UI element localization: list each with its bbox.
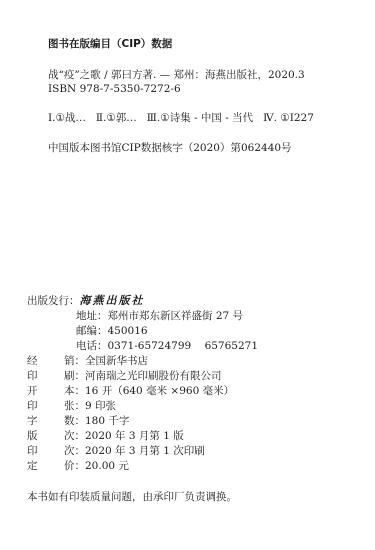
row-label-a: 版 (27, 430, 64, 443)
imprint-row-wordcount: 字数：180 千字 (27, 415, 129, 428)
row-value: 9 印张 (85, 400, 116, 412)
imprint-row-edition: 版次：2020 年 3 月第 1 版 (27, 430, 184, 443)
row-value: 180 千字 (85, 415, 129, 427)
publisher-phone: 电话：0371-65724799 65765271 (76, 340, 258, 353)
row-label-a: 开 (27, 385, 64, 398)
cip-number: 中国版本图书馆CIP数据核字（2020）第062440号 (48, 142, 292, 155)
imprint-row-format: 开本：16 开（640 毫米 ×960 毫米） (27, 385, 234, 398)
row-label-b: 数： (64, 415, 85, 428)
row-label-b: 本： (64, 385, 85, 398)
row-value: 16 开（640 毫米 ×960 毫米） (85, 385, 234, 397)
publisher-postcode: 邮编：450016 (76, 325, 148, 338)
imprint-row-distributor: 经销：全国新华书店 (27, 355, 148, 368)
row-value: 20.00 元 (85, 460, 129, 472)
publisher-address: 地址：郑州市郑东新区祥盛街 27 号 (76, 310, 243, 323)
row-label-a: 印 (27, 445, 64, 458)
row-value: 全国新华书店 (85, 355, 148, 367)
quality-notice: 本书如有印装质量问题，由承印厂负责调换。 (27, 491, 237, 504)
row-label-a: 定 (27, 460, 64, 473)
cip-heading: 图书在版编目（CIP）数据 (48, 38, 172, 51)
row-label-a: 印 (27, 370, 64, 383)
publisher-row: 出版发行：海燕出版社 (27, 294, 145, 308)
row-value: 2020 年 3 月第 1 次印刷 (85, 445, 205, 457)
imprint-row-sheets: 印张：9 印张 (27, 400, 116, 413)
publisher-logo-text: 海燕出版社 (80, 294, 145, 307)
cip-classification: Ⅰ.①战… Ⅱ.①郭… Ⅲ.①诗集 - 中国 - 当代 Ⅳ. ①I227 (48, 112, 314, 125)
imprint-row-printer: 印刷：河南瑞之光印刷股份有限公司 (27, 370, 222, 383)
row-label-b: 价： (64, 460, 85, 473)
imprint-row-printing: 印次：2020 年 3 月第 1 次印刷 (27, 445, 205, 458)
row-label-a: 字 (27, 415, 64, 428)
row-label-a: 经 (27, 355, 64, 368)
row-label-b: 张： (64, 400, 85, 413)
row-label-b: 刷： (64, 370, 85, 383)
row-label-b: 销： (64, 355, 85, 368)
row-label-a: 印 (27, 400, 64, 413)
row-label-b: 次： (64, 430, 85, 443)
row-label-b: 次： (64, 445, 85, 458)
publisher-label: 出版发行： (27, 295, 80, 307)
imprint-row-price: 定价：20.00 元 (27, 460, 129, 473)
cip-title-line: 战“疫”之歌 / 郭曰方著. — 郑州：海燕出版社，2020.3 (48, 69, 305, 82)
cip-isbn: ISBN 978-7-5350-7272-6 (48, 83, 181, 96)
row-value: 2020 年 3 月第 1 版 (85, 430, 184, 442)
row-value: 河南瑞之光印刷股份有限公司 (85, 370, 222, 382)
